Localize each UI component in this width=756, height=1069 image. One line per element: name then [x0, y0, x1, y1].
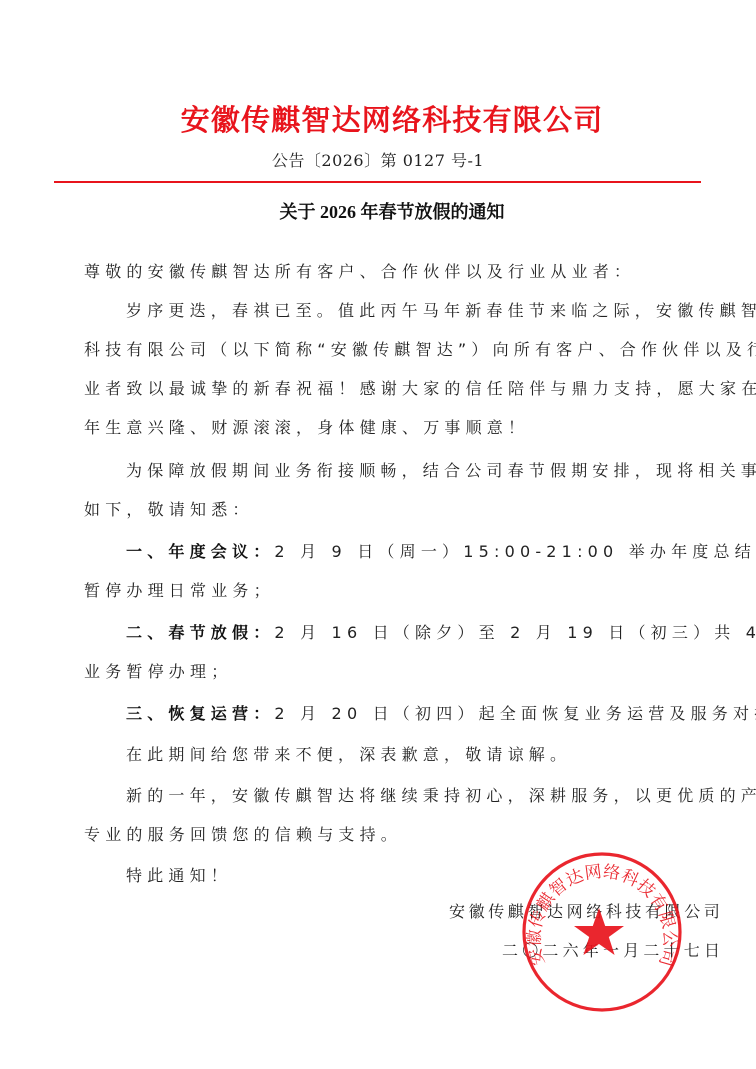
notice-title: 关于 2026 年春节放假的通知	[0, 198, 756, 224]
item-label: 二、春节放假：	[126, 623, 274, 642]
org-title: 安徽传麒智达网络科技有限公司	[0, 98, 756, 139]
document-page: 安徽传麒智达网络科技有限公司 公告〔2026〕第 0127 号-1 关于 202…	[0, 0, 756, 1069]
para1-line: 业者致以最诚挚的新春祝福！感谢大家的信任陪伴与鼎力支持，愿大家在新的一	[84, 379, 704, 399]
item-text: 2 月 16 日（除夕）至 2 月 19 日（初三）共 4 天，放假期间	[274, 623, 756, 642]
item-holiday: 二、春节放假：2 月 16 日（除夕）至 2 月 19 日（初三）共 4 天，放…	[126, 623, 746, 643]
header-divider	[54, 181, 701, 183]
signature-date: 二〇二六年一月二十七日	[502, 941, 724, 961]
para1-line: 科技有限公司（以下简称“安徽传麒智达”）向所有客户、合作伙伴以及行业从	[84, 340, 704, 360]
apology: 在此期间给您带来不便，深表歉意，敬请谅解。	[126, 745, 746, 765]
para1-line: 岁序更迭，春祺已至。值此丙午马年新春佳节来临之际，安徽传麒智达网络	[126, 301, 746, 321]
closing-line: 专业的服务回馈您的信赖与支持。	[84, 825, 704, 845]
salutation: 尊敬的安徽传麒智达所有客户、合作伙伴以及行业从业者：	[84, 262, 704, 282]
signature-company: 安徽传麒智达网络科技有限公司	[449, 902, 723, 922]
item-holiday-cont: 业务暂停办理；	[84, 662, 704, 682]
para1-line: 年生意兴隆、财源滚滚，身体健康、万事顺意！	[84, 418, 704, 438]
item-text: 2 月 20 日（初四）起全面恢复业务运营及服务对接工作。	[274, 704, 756, 723]
closing-line: 新的一年，安徽传麒智达将继续秉持初心，深耕服务，以更优质的产品和更	[126, 786, 746, 806]
sign-off: 特此通知！	[126, 866, 746, 886]
item-meeting-cont: 暂停办理日常业务；	[84, 581, 704, 601]
item-resume: 三、恢复运营：2 月 20 日（初四）起全面恢复业务运营及服务对接工作。	[126, 704, 746, 724]
para2-line: 如下，敬请知悉：	[84, 500, 704, 520]
para2-line: 为保障放假期间业务衔接顺畅，结合公司春节假期安排，现将相关事宜通知	[126, 461, 746, 481]
item-label: 三、恢复运营：	[126, 704, 274, 723]
item-text: 2 月 9 日（周一）15:00-21:00 举办年度总结会议，期间将	[274, 542, 756, 561]
doc-number: 公告〔2026〕第 0127 号-1	[0, 148, 756, 171]
item-label: 一、年度会议：	[126, 542, 274, 561]
item-meeting: 一、年度会议：2 月 9 日（周一）15:00-21:00 举办年度总结会议，期…	[126, 542, 746, 562]
